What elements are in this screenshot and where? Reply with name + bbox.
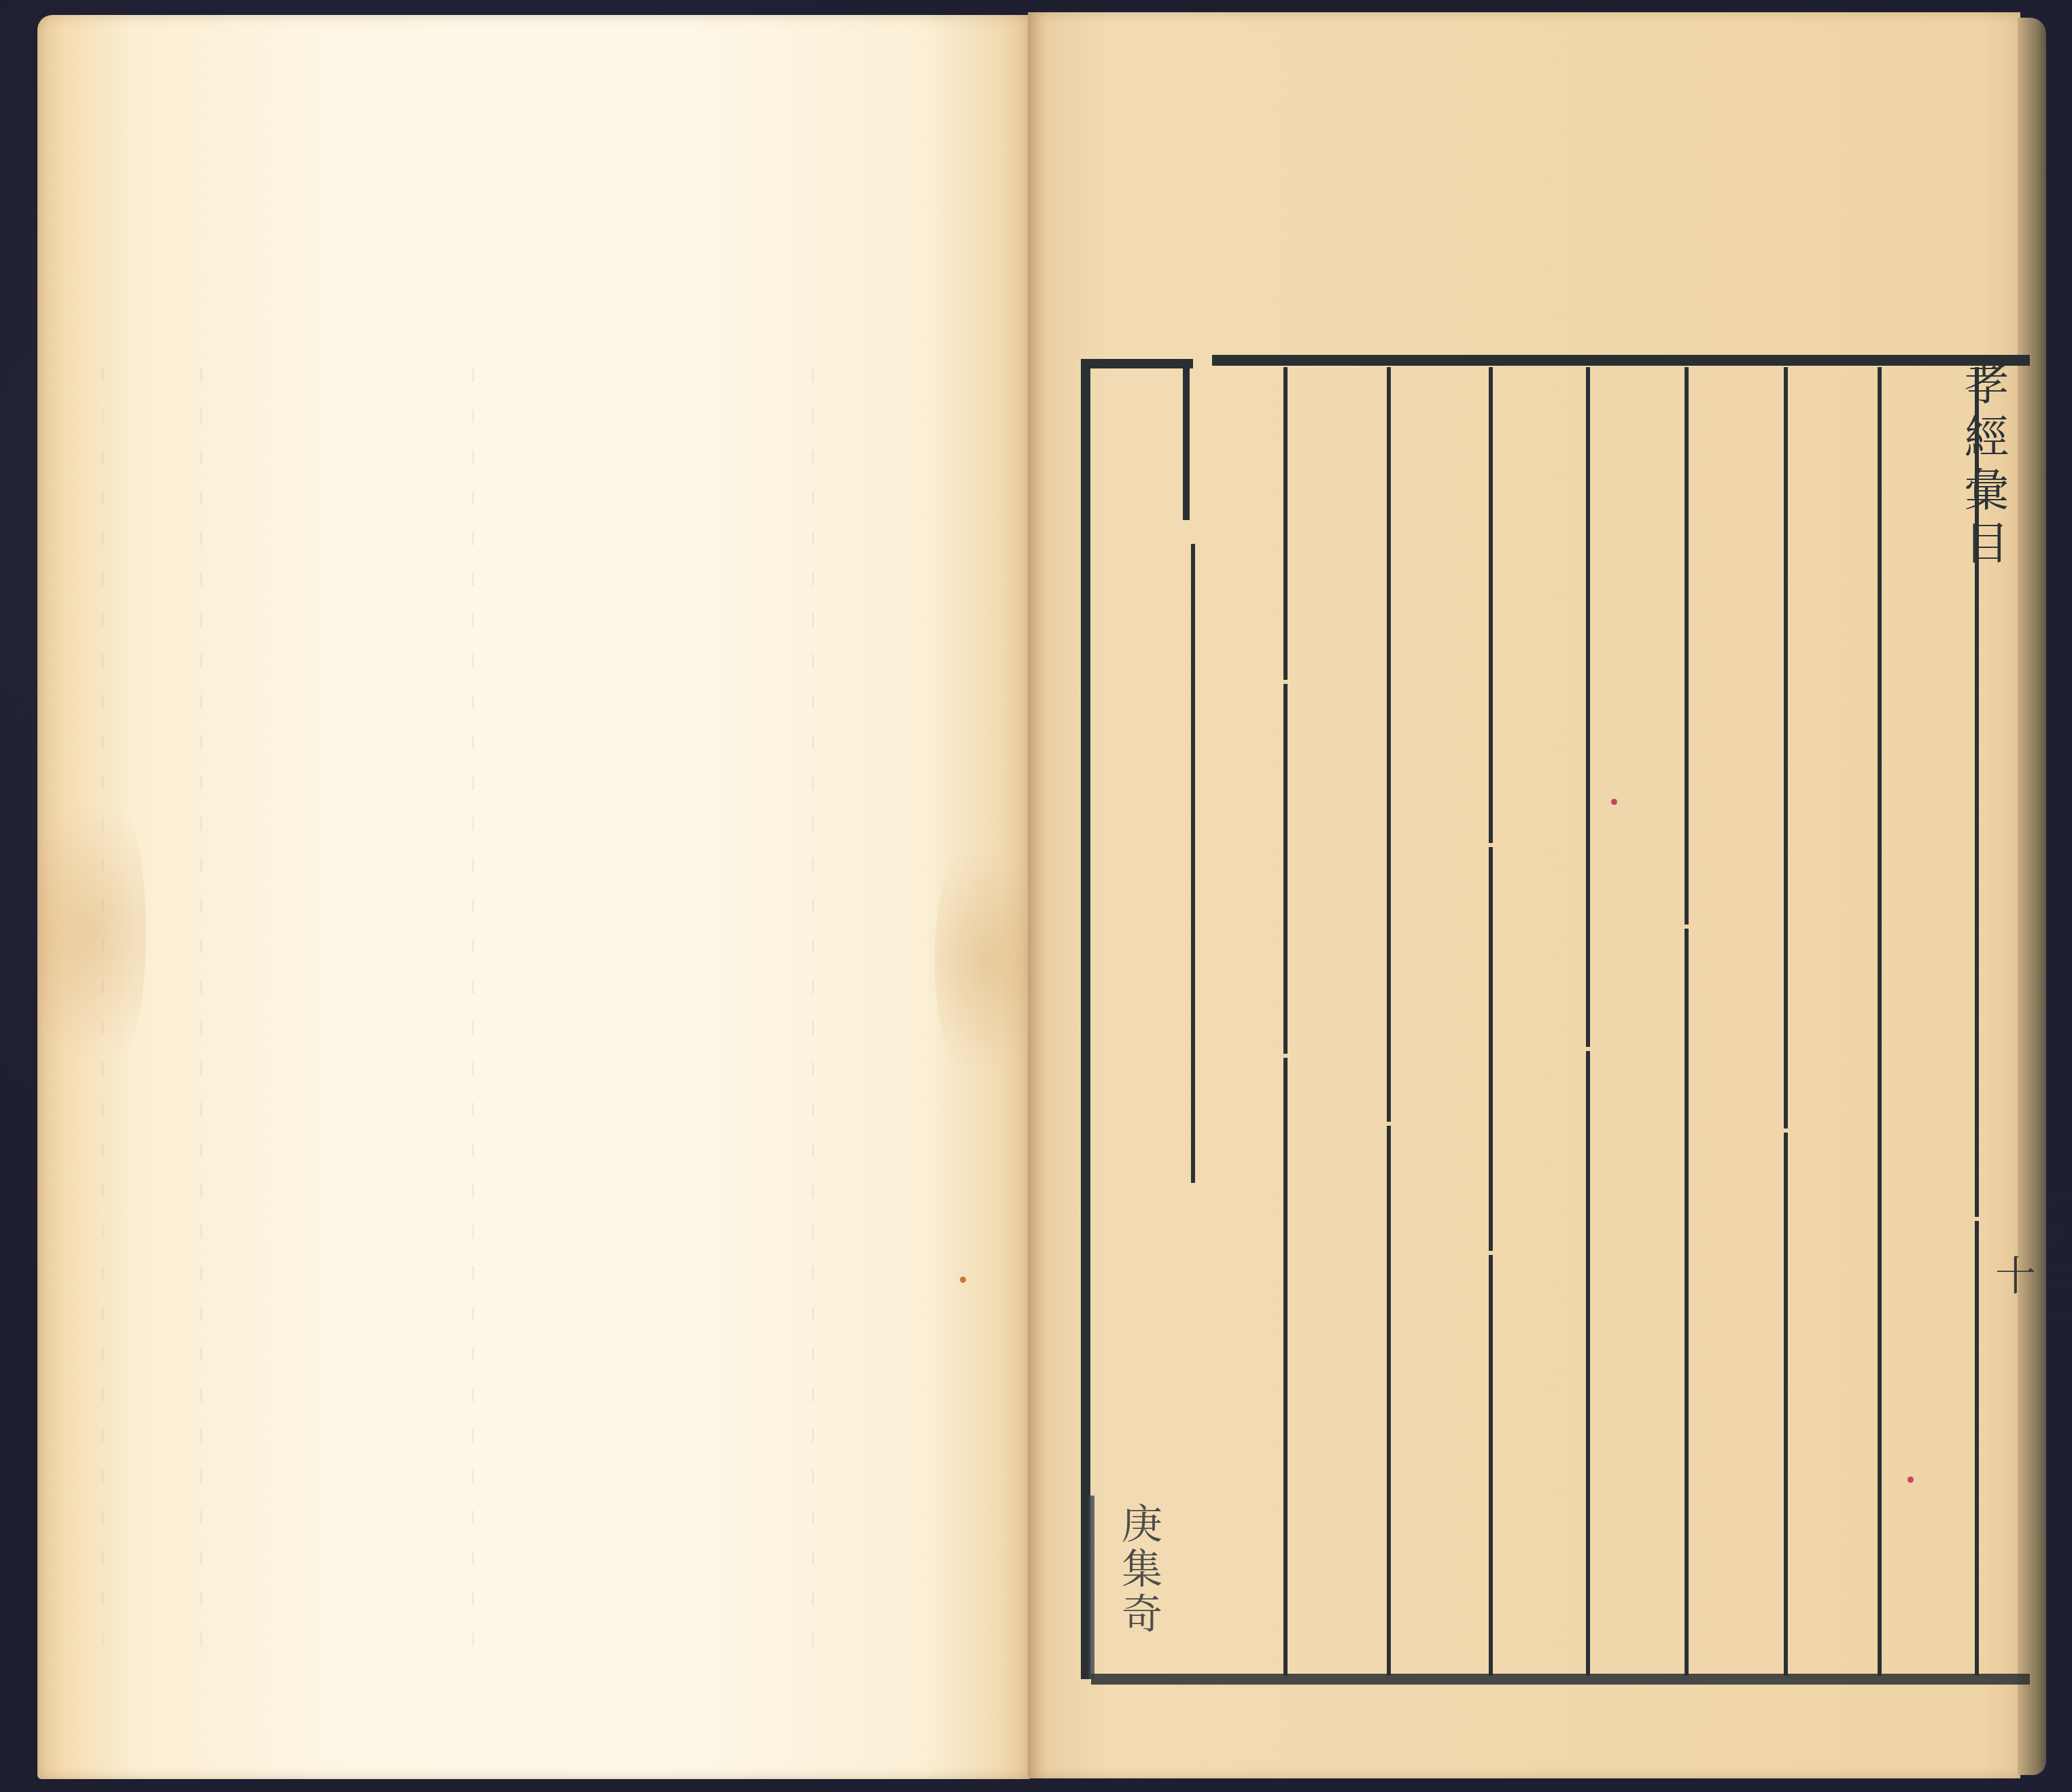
column-rule: [1489, 367, 1493, 1676]
column-rule: [1685, 367, 1689, 1676]
bleed-through-line: [472, 368, 474, 1660]
column-rule: [1784, 367, 1788, 1676]
frame-top-border: [1212, 355, 2030, 366]
margin-title: 孝經彙目: [1965, 360, 2012, 572]
paper-stain: [37, 763, 146, 1103]
paper-stain: [935, 817, 1043, 1103]
bleed-through-line: [812, 368, 814, 1660]
page-number: 十: [1995, 1244, 2036, 1303]
center-block-top: [1081, 359, 1193, 368]
right-page: [1028, 12, 2020, 1778]
column-rule: [1283, 367, 1288, 1676]
speck: [960, 1277, 966, 1283]
left-page: [37, 15, 1030, 1779]
red-speck: [1611, 799, 1617, 805]
column-rule: [1191, 544, 1195, 1183]
bleed-through-line: [201, 368, 202, 1660]
column-rule: [1387, 367, 1391, 1676]
bleed-through-line: [102, 368, 103, 1660]
red-speck: [1907, 1477, 1914, 1483]
column-rule: [1586, 367, 1590, 1676]
fore-edge: [2018, 18, 2046, 1775]
cartouche-label: 庚集奇: [1115, 1502, 1162, 1637]
frame-bottom-border: [1091, 1674, 2030, 1685]
center-block-right: [1183, 364, 1190, 520]
frame-left-border: [1081, 360, 1090, 1679]
column-rule: [1878, 367, 1882, 1676]
